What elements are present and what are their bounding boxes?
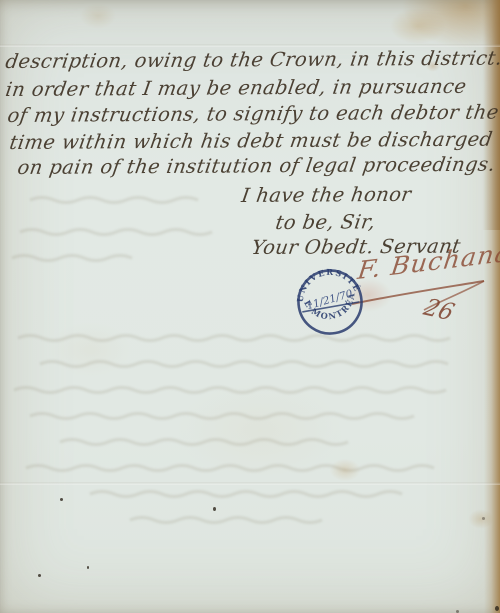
handwritten-line-5: on pain of the institution of legal proc… — [16, 152, 500, 179]
handwritten-line-1: description, owing to the Crown, in this… — [4, 47, 500, 73]
handwritten-line-2: in order that I may be enabled, in pursu… — [4, 75, 468, 101]
speck — [87, 566, 89, 569]
handwritten-line-3: of my instructions, to signify to each d… — [6, 101, 500, 127]
speck — [38, 574, 41, 577]
speck — [495, 606, 499, 611]
closing-line-2: to be, Sir, — [274, 210, 377, 234]
universite-de-montreal-stamp: UNIVERSITÉ DE MONTRÉAL 11/21/70 — [281, 253, 378, 350]
speck — [213, 507, 216, 511]
letter-page: description, owing to the Crown, in this… — [0, 0, 500, 613]
speck — [60, 498, 63, 501]
closing-line-1: I have the honor — [240, 183, 413, 207]
handwritten-line-4: time within which his debt must be disch… — [8, 128, 494, 154]
speck — [482, 517, 485, 520]
